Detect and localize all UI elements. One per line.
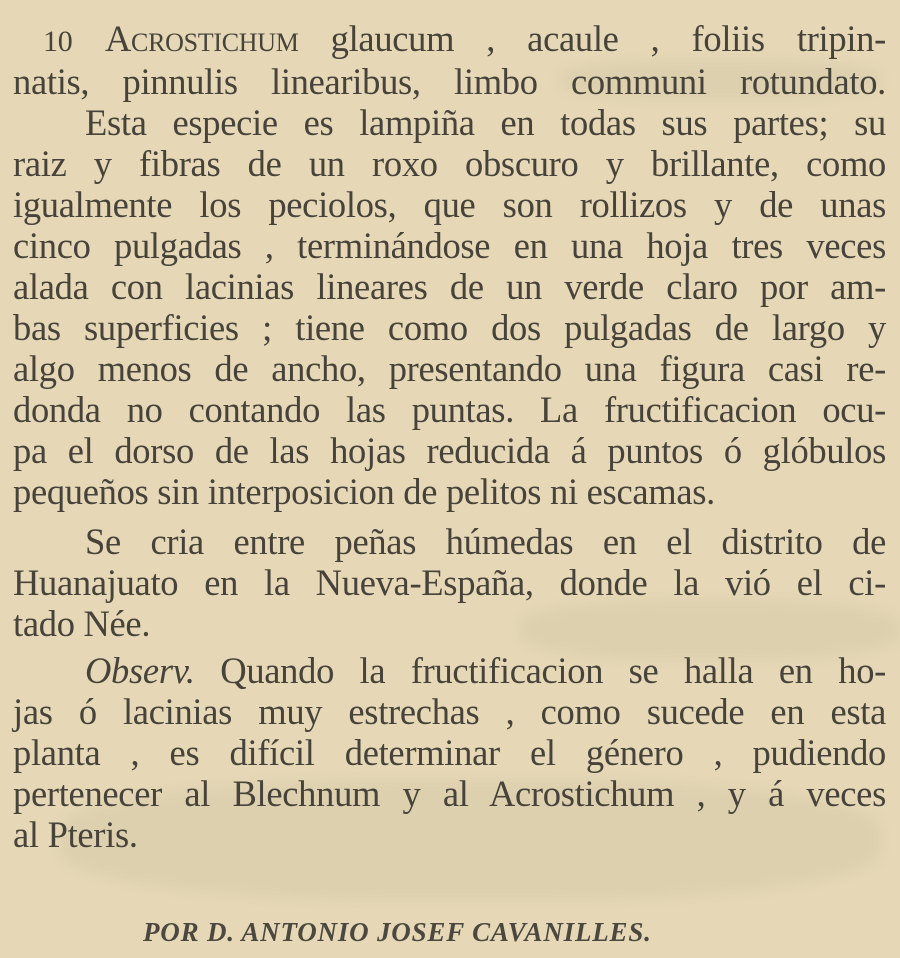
document-page: 10Acrostichum glaucum , acaule , foliis … [0, 0, 900, 958]
observation-line: Observ. Quando la fructificacion se hall… [85, 650, 886, 691]
description-line: pequeños sin interposicion de pelitos ni… [13, 471, 886, 512]
entry-number: 10 [13, 21, 105, 62]
description-line: raiz y fibras de un roxo obscuro y brill… [13, 143, 886, 184]
description-line: pa el dorso de las hojas reducida á punt… [13, 430, 886, 471]
description-line: igualmente los peciolos, que son rollizo… [13, 184, 886, 225]
description-line: alada con lacinias lineares de un verde … [13, 266, 886, 307]
observation-line: pertenecer al Blechnum y al Acrostichum … [13, 773, 886, 814]
observation-line: planta , es difícil determinar el género… [13, 732, 886, 773]
description-line: donda no contando las puntas. La fructif… [13, 389, 886, 430]
observation-text: Quando la fructificacion se halla en ho- [195, 650, 886, 691]
description-line: Esta especie es lampiña en todas sus par… [85, 102, 886, 143]
description-line: bas superficies ; tiene como dos pulgada… [13, 307, 886, 348]
observation-line: jas ó lacinias muy estrechas , como suce… [13, 691, 886, 732]
entry-heading-line-2: natis, pinnulis linearibus, limbo commun… [13, 61, 886, 102]
observation-label: Observ. [85, 650, 195, 691]
author-signature: POR D. ANTONIO JOSEF CAVANILLES. [143, 917, 652, 948]
diagnosis-text: glaucum , acaule , foliis tripin- [331, 18, 886, 59]
entry-heading-line-1: 10Acrostichum glaucum , acaule , foliis … [13, 18, 886, 62]
habitat-line: Se cria entre peñas húmedas en el distri… [85, 521, 886, 562]
habitat-line: tado Née. [13, 603, 886, 644]
habitat-line: Huanajuato en la Nueva-España, donde la … [13, 562, 886, 603]
genus-name: Acrostichum [105, 18, 299, 59]
description-line: algo menos de ancho, presentando una fig… [13, 348, 886, 389]
description-line: cinco pulgadas , terminándose en una hoj… [13, 225, 886, 266]
observation-line: al Pteris. [13, 814, 886, 855]
